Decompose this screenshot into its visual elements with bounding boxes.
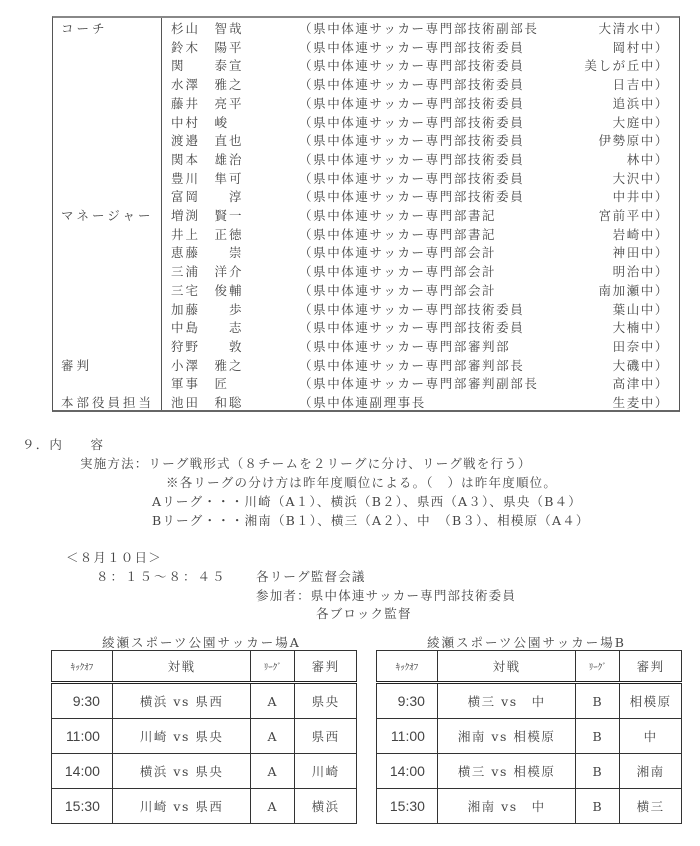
league-a-teams: Aリーグ・・・川崎（A１）、横浜（B２）、県西（A３）、県央（B４）	[152, 492, 582, 510]
staff-name: 富岡 淳	[171, 187, 244, 206]
staff-title: （県中体連サッカー専門部会計	[299, 243, 496, 262]
staff-school: 岩崎中）	[613, 225, 669, 244]
staff-name: 狩野 敦	[171, 337, 244, 356]
staff-row: 審判小澤 雅之（県中体連サッカー専門部審判部長大磯中）	[53, 356, 679, 375]
venue-b-schedule-table: ｷｯｸｵﾌ 対戦 ﾘｰｸﾞ 審判 9:30横三 vs 中B相模原11:00湘南 …	[376, 650, 682, 824]
staff-row: 井上 正徳（県中体連サッカー専門部書記岩崎中）	[53, 225, 679, 244]
staff-name: 鈴木 陽平	[171, 38, 244, 57]
staff-title: （県中体連サッカー専門部会計	[299, 262, 496, 281]
staff-name: 加藤 歩	[171, 300, 244, 319]
section-heading: ９．内 容	[22, 435, 104, 453]
venue-a-title: 綾瀬スポーツ公園サッカー場A	[102, 633, 301, 651]
header-referee: 審判	[295, 651, 357, 683]
staff-row: 本部役員担当池田 和聡（県中体連副理事長生麦中）	[53, 393, 679, 412]
league-label: B	[576, 683, 620, 719]
staff-row: 三浦 洋介（県中体連サッカー専門部会計明治中）	[53, 262, 679, 281]
league-label: A	[251, 789, 295, 824]
league-label: A	[251, 683, 295, 719]
staff-row: 関 泰宣（県中体連サッカー専門部技術委員美しが丘中）	[53, 56, 679, 75]
staff-school: 大磯中）	[613, 356, 669, 375]
referee-team: 中	[620, 719, 682, 754]
staff-title: （県中体連サッカー専門部審判部	[299, 337, 510, 356]
staff-title: （県中体連サッカー専門部技術委員	[299, 38, 524, 57]
staff-title: （県中体連サッカー専門部審判副部長	[299, 374, 538, 393]
league-label: A	[251, 719, 295, 754]
league-label: B	[576, 754, 620, 789]
staff-role: 審判	[61, 356, 92, 375]
header-league: ﾘｰｸﾞ	[251, 651, 295, 683]
match-pairing: 横三 vs 相模原	[437, 754, 575, 789]
referee-team: 相模原	[620, 683, 682, 719]
header-match: 対戦	[437, 651, 575, 683]
staff-title: （県中体連サッカー専門部技術委員	[299, 300, 524, 319]
staff-row: 恵藤 崇（県中体連サッカー専門部会計神田中）	[53, 243, 679, 262]
match-row: 15:30湘南 vs 中B横三	[377, 789, 682, 824]
staff-row: 中村 峻（県中体連サッカー専門部技術委員大庭中）	[53, 113, 679, 132]
staff-title: （県中体連サッカー専門部書記	[299, 225, 496, 244]
referee-team: 県央	[295, 683, 357, 719]
staff-school: 神田中）	[613, 243, 669, 262]
staff-school: 伊勢原中）	[598, 131, 669, 150]
staff-title: （県中体連サッカー専門部審判部長	[299, 356, 524, 375]
staff-title: （県中体連サッカー専門部技術委員	[299, 150, 524, 169]
method-text: 実施方法：リーグ戦形式（８チームを２リーグに分け、リーグ戦を行う）	[80, 454, 532, 472]
staff-role: 本部役員担当	[61, 393, 154, 412]
referee-team: 横浜	[295, 789, 357, 824]
staff-name: 関本 雄治	[171, 150, 244, 169]
staff-name: 三宅 俊輔	[171, 281, 244, 300]
staff-row: 加藤 歩（県中体連サッカー専門部技術委員葉山中）	[53, 300, 679, 319]
staff-school: 大清水中）	[598, 19, 669, 38]
staff-row: 軍事 匠（県中体連サッカー専門部審判副部長高津中）	[53, 374, 679, 393]
staff-school: 大楠中）	[613, 318, 669, 337]
match-pairing: 川崎 vs 県央	[112, 719, 250, 754]
kickoff-time: 15:30	[52, 789, 113, 824]
header-match: 対戦	[112, 651, 250, 683]
kickoff-time: 9:30	[377, 683, 438, 719]
venue-b-title: 綾瀬スポーツ公園サッカー場B	[427, 633, 626, 651]
staff-school: 葉山中）	[613, 300, 669, 319]
match-pairing: 川崎 vs 県西	[112, 789, 250, 824]
staff-row: 豊川 隼可（県中体連サッカー専門部技術委員大沢中）	[53, 169, 679, 188]
staff-title: （県中体連サッカー専門部技術委員	[299, 113, 524, 132]
staff-role: コーチ	[61, 19, 108, 38]
staff-school: 生麦中）	[613, 393, 669, 412]
match-row: 11:00川崎 vs 県央A県西	[52, 719, 357, 754]
staff-name: 渡邉 直也	[171, 131, 244, 150]
league-label: A	[251, 754, 295, 789]
header-kickoff: ｷｯｸｵﾌ	[52, 651, 113, 683]
staff-name: 池田 和聡	[171, 393, 244, 412]
league-b-teams: Bリーグ・・・湘南（B１）、横三（A２）、中 （B３）、相模原（A４）	[152, 511, 590, 529]
kickoff-time: 9:30	[52, 683, 113, 719]
match-row: 14:00横三 vs 相模原B湘南	[377, 754, 682, 789]
staff-title: （県中体連サッカー専門部技術委員	[299, 131, 524, 150]
league-label: B	[576, 719, 620, 754]
staff-title: （県中体連サッカー専門部書記	[299, 206, 496, 225]
staff-name: 中村 峻	[171, 113, 229, 132]
match-pairing: 横浜 vs 県央	[112, 754, 250, 789]
staff-row: 中島 志（県中体連サッカー専門部技術委員大楠中）	[53, 318, 679, 337]
staff-table: コーチ杉山 智哉（県中体連サッカー専門部技術副部長大清水中）鈴木 陽平（県中体連…	[52, 16, 680, 412]
staff-name: 水澤 雅之	[171, 75, 244, 94]
staff-school: 明治中）	[613, 262, 669, 281]
staff-name: 関 泰宣	[171, 56, 244, 75]
match-pairing: 湘南 vs 相模原	[437, 719, 575, 754]
staff-school: 美しが丘中）	[584, 56, 669, 75]
staff-row: 富岡 淳（県中体連サッカー専門部技術委員中井中）	[53, 187, 679, 206]
staff-title: （県中体連サッカー専門部会計	[299, 281, 496, 300]
staff-title: （県中体連サッカー専門部技術委員	[299, 56, 524, 75]
header-kickoff: ｷｯｸｵﾌ	[377, 651, 438, 683]
staff-title: （県中体連サッカー専門部技術委員	[299, 318, 524, 337]
staff-name: 豊川 隼可	[171, 169, 244, 188]
staff-school: 宮前平中）	[598, 206, 669, 225]
meeting-name: 各リーグ監督会議	[256, 567, 366, 585]
participants-line-2: 各ブロック監督	[316, 604, 412, 622]
staff-title: （県中体連サッカー専門部技術副部長	[299, 19, 538, 38]
match-row: 9:30横三 vs 中B相模原	[377, 683, 682, 719]
staff-school: 高津中）	[613, 374, 669, 393]
staff-school: 大沢中）	[613, 169, 669, 188]
staff-school: 追浜中）	[613, 94, 669, 113]
staff-title: （県中体連サッカー専門部技術委員	[299, 187, 524, 206]
header-referee: 審判	[620, 651, 682, 683]
league-label: B	[576, 789, 620, 824]
match-pairing: 横浜 vs 県西	[112, 683, 250, 719]
staff-school: 林中）	[627, 150, 669, 169]
venue-a-schedule-table: ｷｯｸｵﾌ 対戦 ﾘｰｸﾞ 審判 9:30横浜 vs 県西A県央11:00川崎 …	[51, 650, 357, 824]
staff-name: 藤井 亮平	[171, 94, 244, 113]
staff-title: （県中体連副理事長	[299, 393, 426, 412]
staff-title: （県中体連サッカー専門部技術委員	[299, 75, 524, 94]
staff-row: 藤井 亮平（県中体連サッカー専門部技術委員追浜中）	[53, 94, 679, 113]
staff-name: 恵藤 崇	[171, 243, 244, 262]
staff-title: （県中体連サッカー専門部技術委員	[299, 94, 524, 113]
staff-name: 小澤 雅之	[171, 356, 244, 375]
staff-row: 水澤 雅之（県中体連サッカー専門部技術委員日吉中）	[53, 75, 679, 94]
kickoff-time: 11:00	[377, 719, 438, 754]
kickoff-time: 14:00	[377, 754, 438, 789]
schedule-date: ＜８月１０日＞	[66, 548, 162, 566]
league-note: ※各リーグの分け方は昨年度順位による。（ ）は昨年度順位。	[166, 473, 557, 491]
kickoff-time: 14:00	[52, 754, 113, 789]
staff-row: コーチ杉山 智哉（県中体連サッカー専門部技術副部長大清水中）	[53, 19, 679, 38]
staff-title: （県中体連サッカー専門部技術委員	[299, 169, 524, 188]
participants-line-1: 参加者：県中体連サッカー専門部技術委員	[256, 586, 516, 604]
kickoff-time: 11:00	[52, 719, 113, 754]
meeting-time: ８：１５～８：４５	[96, 567, 227, 585]
staff-school: 日吉中）	[613, 75, 669, 94]
staff-school: 南加瀬中）	[598, 281, 669, 300]
kickoff-time: 15:30	[377, 789, 438, 824]
staff-row: 鈴木 陽平（県中体連サッカー専門部技術委員岡村中）	[53, 38, 679, 57]
staff-row: 三宅 俊輔（県中体連サッカー専門部会計南加瀬中）	[53, 281, 679, 300]
staff-row: 渡邉 直也（県中体連サッカー専門部技術委員伊勢原中）	[53, 131, 679, 150]
staff-name: 増渕 賢一	[171, 206, 244, 225]
match-row: 11:00湘南 vs 相模原B中	[377, 719, 682, 754]
referee-team: 県西	[295, 719, 357, 754]
staff-school: 大庭中）	[613, 113, 669, 132]
staff-school: 田奈中）	[613, 337, 669, 356]
staff-school: 中井中）	[613, 187, 669, 206]
header-league: ﾘｰｸﾞ	[576, 651, 620, 683]
staff-name: 三浦 洋介	[171, 262, 244, 281]
staff-row: 関本 雄治（県中体連サッカー専門部技術委員林中）	[53, 150, 679, 169]
match-row: 9:30横浜 vs 県西A県央	[52, 683, 357, 719]
match-pairing: 横三 vs 中	[437, 683, 575, 719]
referee-team: 川崎	[295, 754, 357, 789]
staff-row: 狩野 敦（県中体連サッカー専門部審判部田奈中）	[53, 337, 679, 356]
match-row: 14:00横浜 vs 県央A川崎	[52, 754, 357, 789]
match-pairing: 湘南 vs 中	[437, 789, 575, 824]
staff-name: 井上 正徳	[171, 225, 244, 244]
referee-team: 湘南	[620, 754, 682, 789]
staff-school: 岡村中）	[613, 38, 669, 57]
staff-name: 中島 志	[171, 318, 244, 337]
staff-name: 軍事 匠	[171, 374, 229, 393]
referee-team: 横三	[620, 789, 682, 824]
staff-role: マネージャー	[61, 206, 154, 225]
staff-row: マネージャー増渕 賢一（県中体連サッカー専門部書記宮前平中）	[53, 206, 679, 225]
match-row: 15:30川崎 vs 県西A横浜	[52, 789, 357, 824]
staff-name: 杉山 智哉	[171, 19, 244, 38]
